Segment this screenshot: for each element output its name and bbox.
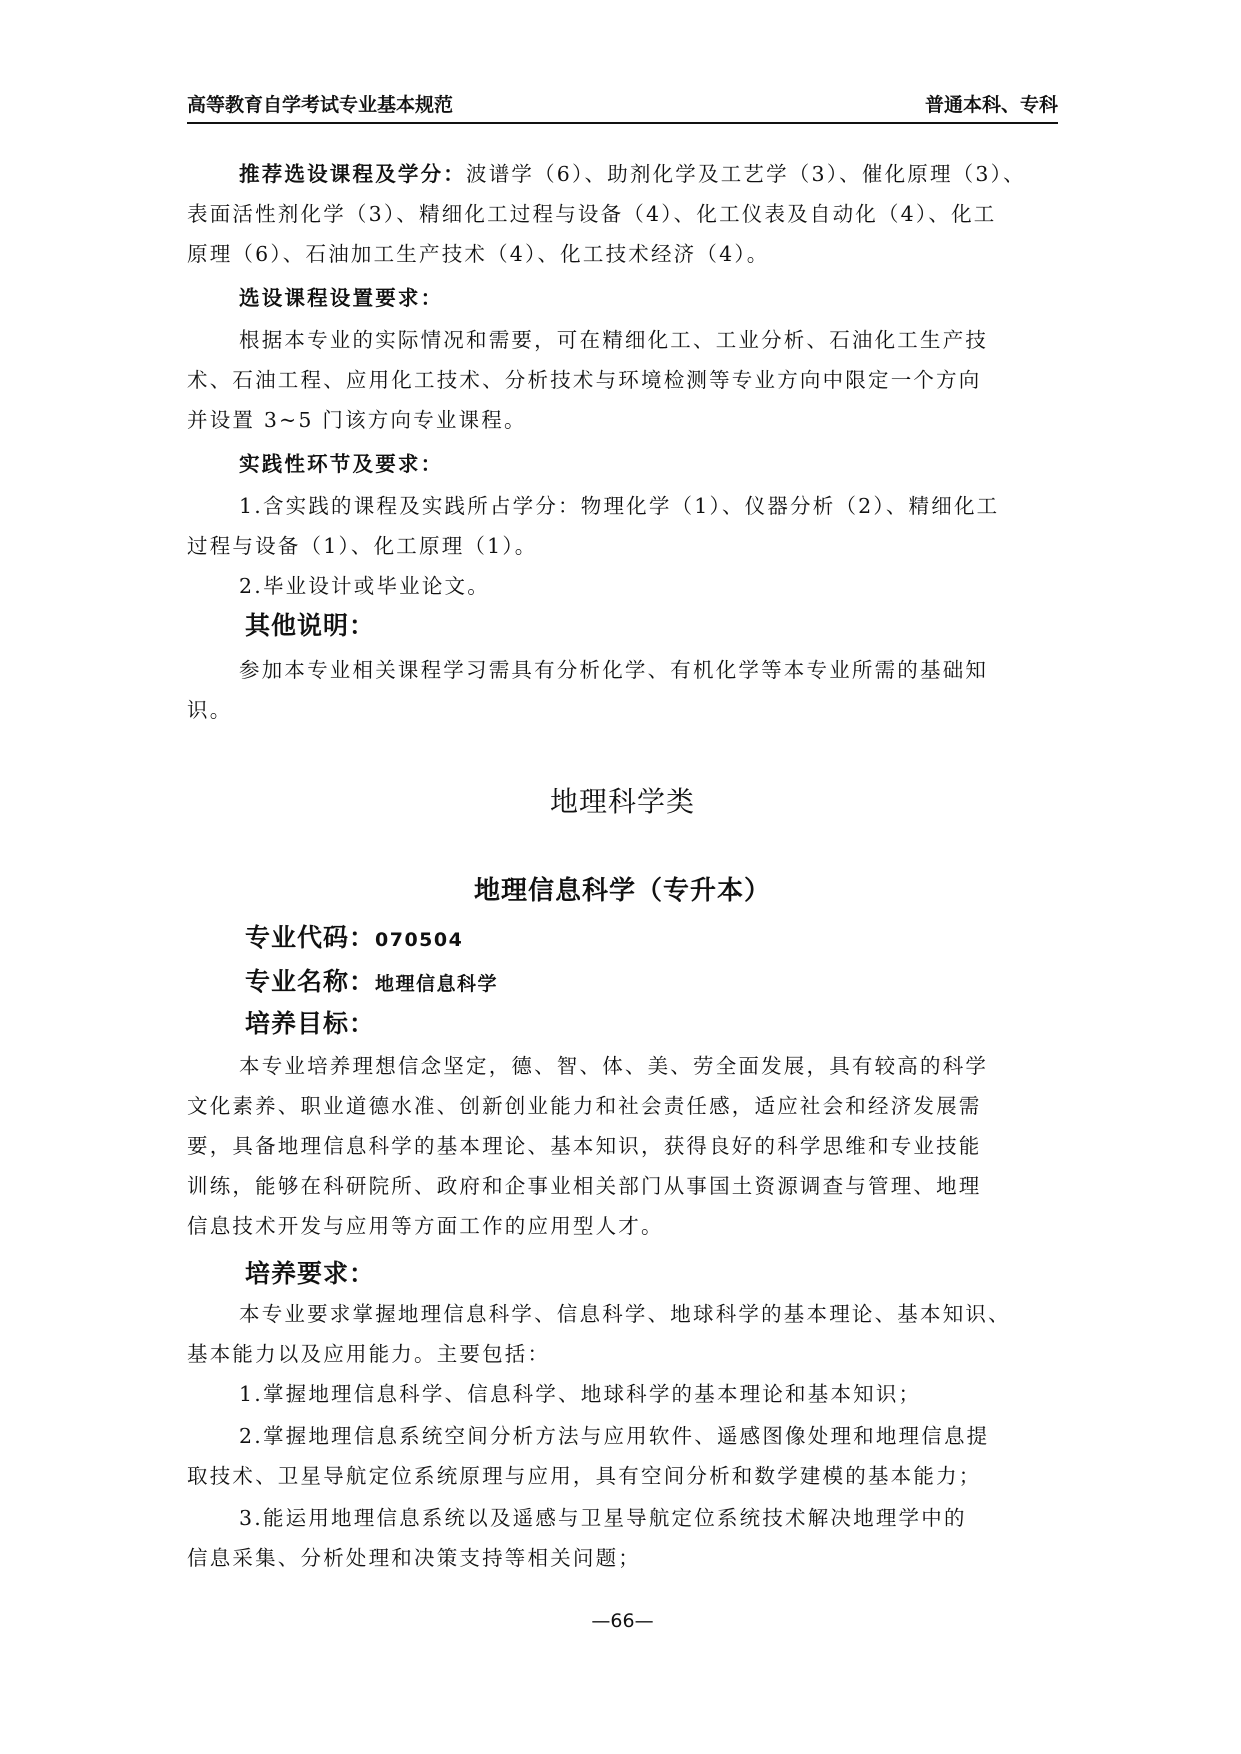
- other-notes-line-2: 识。: [187, 696, 1058, 724]
- recommended-courses-text: 波谱学（6）、助剂化学及工艺学（3）、催化原理（3）、: [466, 162, 1026, 186]
- training-goal-line-4: 训练，能够在科研院所、政府和企事业相关部门从事国土资源调查与管理、地理: [187, 1172, 1058, 1200]
- major-code-value: 070504: [375, 929, 463, 951]
- training-requirement-line-7: 信息采集、分析处理和决策支持等相关问题；: [187, 1544, 1058, 1572]
- other-notes-line-1: 参加本专业相关课程学习需具有分析化学、有机化学等本专业所需的基础知: [187, 656, 1110, 684]
- other-notes-heading: 其他说明：: [187, 612, 1116, 640]
- major-code-row: 专业代码：070504: [245, 918, 463, 954]
- major-name-value: 地理信息科学: [375, 973, 498, 995]
- header-title: 高等教育自学考试专业基本规范: [187, 90, 453, 117]
- practice-line-1: 1.含实践的课程及实践所占学分：物理化学（1）、仪器分析（2）、精细化工: [187, 492, 1110, 520]
- major-name-row: 专业名称：地理信息科学: [245, 962, 498, 998]
- training-requirement-line-4: 2.掌握地理信息系统空间分析方法与应用软件、遥感图像处理和地理信息提: [187, 1422, 1110, 1450]
- recommended-courses-line-1: 推荐选设课程及学分：波谱学（6）、助剂化学及工艺学（3）、催化原理（3）、: [187, 160, 1110, 188]
- training-goal-line-5: 信息技术开发与应用等方面工作的应用型人才。: [187, 1212, 1058, 1240]
- elective-requirement-line-3: 并设置 3~5 门该方向专业课程。: [187, 406, 1058, 434]
- practice-line-3: 2.毕业设计或毕业论文。: [187, 572, 1110, 600]
- elective-requirement-line-1: 根据本专业的实际情况和需要，可在精细化工、工业分析、石油化工生产技: [187, 326, 1110, 354]
- training-requirement-heading: 培养要求：: [245, 1259, 375, 1288]
- practice-heading: 实践性环节及要求：: [187, 450, 1110, 478]
- major-title: 地理信息科学（专升本）: [187, 870, 1058, 907]
- elective-requirement-heading: 选设课程设置要求：: [187, 284, 1110, 312]
- recommended-courses-line-3: 原理（6）、石油加工生产技术（4）、化工技术经济（4）。: [187, 240, 1058, 268]
- major-code-label: 专业代码：: [245, 923, 375, 952]
- recommended-courses-line-2: 表面活性剂化学（3）、精细化工过程与设备（4）、化工仪表及自动化（4）、化工: [187, 200, 1058, 228]
- header-category: 普通本科、专科: [925, 90, 1058, 117]
- category-title: 地理科学类: [187, 780, 1058, 820]
- page-header: 高等教育自学考试专业基本规范 普通本科、专科: [187, 88, 1058, 124]
- practice-line-2: 过程与设备（1）、化工原理（1）。: [187, 532, 1058, 560]
- training-requirement-line-3: 1.掌握地理信息科学、信息科学、地球科学的基本理论和基本知识；: [187, 1380, 1110, 1408]
- training-goal-line-1: 本专业培养理想信念坚定，德、智、体、美、劳全面发展，具有较高的科学: [187, 1052, 1110, 1080]
- training-goal-line-2: 文化素养、职业道德水准、创新创业能力和社会责任感，适应社会和经济发展需: [187, 1092, 1058, 1120]
- training-requirement-line-5: 取技术、卫星导航定位系统原理与应用，具有空间分析和数学建模的基本能力；: [187, 1462, 1058, 1490]
- training-requirement-line-1: 本专业要求掌握地理信息科学、信息科学、地球科学的基本理论、基本知识、: [187, 1300, 1110, 1328]
- page-number: —66—: [187, 1610, 1058, 1632]
- training-goal-heading: 培养目标：: [245, 1009, 375, 1038]
- training-requirement-heading-row: 培养要求：: [245, 1254, 375, 1290]
- recommended-courses-label: 推荐选设课程及学分：: [239, 162, 466, 186]
- major-name-label: 专业名称：: [245, 967, 375, 996]
- elective-requirement-line-2: 术、石油工程、应用化工技术、分析技术与环境检测等专业方向中限定一个方向: [187, 366, 1058, 394]
- training-goal-heading-row: 培养目标：: [245, 1004, 375, 1040]
- training-goal-line-3: 要，具备地理信息科学的基本理论、基本知识，获得良好的科学思维和专业技能: [187, 1132, 1058, 1160]
- training-requirement-line-6: 3.能运用地理信息系统以及遥感与卫星导航定位系统技术解决地理学中的: [187, 1504, 1110, 1532]
- training-requirement-line-2: 基本能力以及应用能力。主要包括：: [187, 1340, 1058, 1368]
